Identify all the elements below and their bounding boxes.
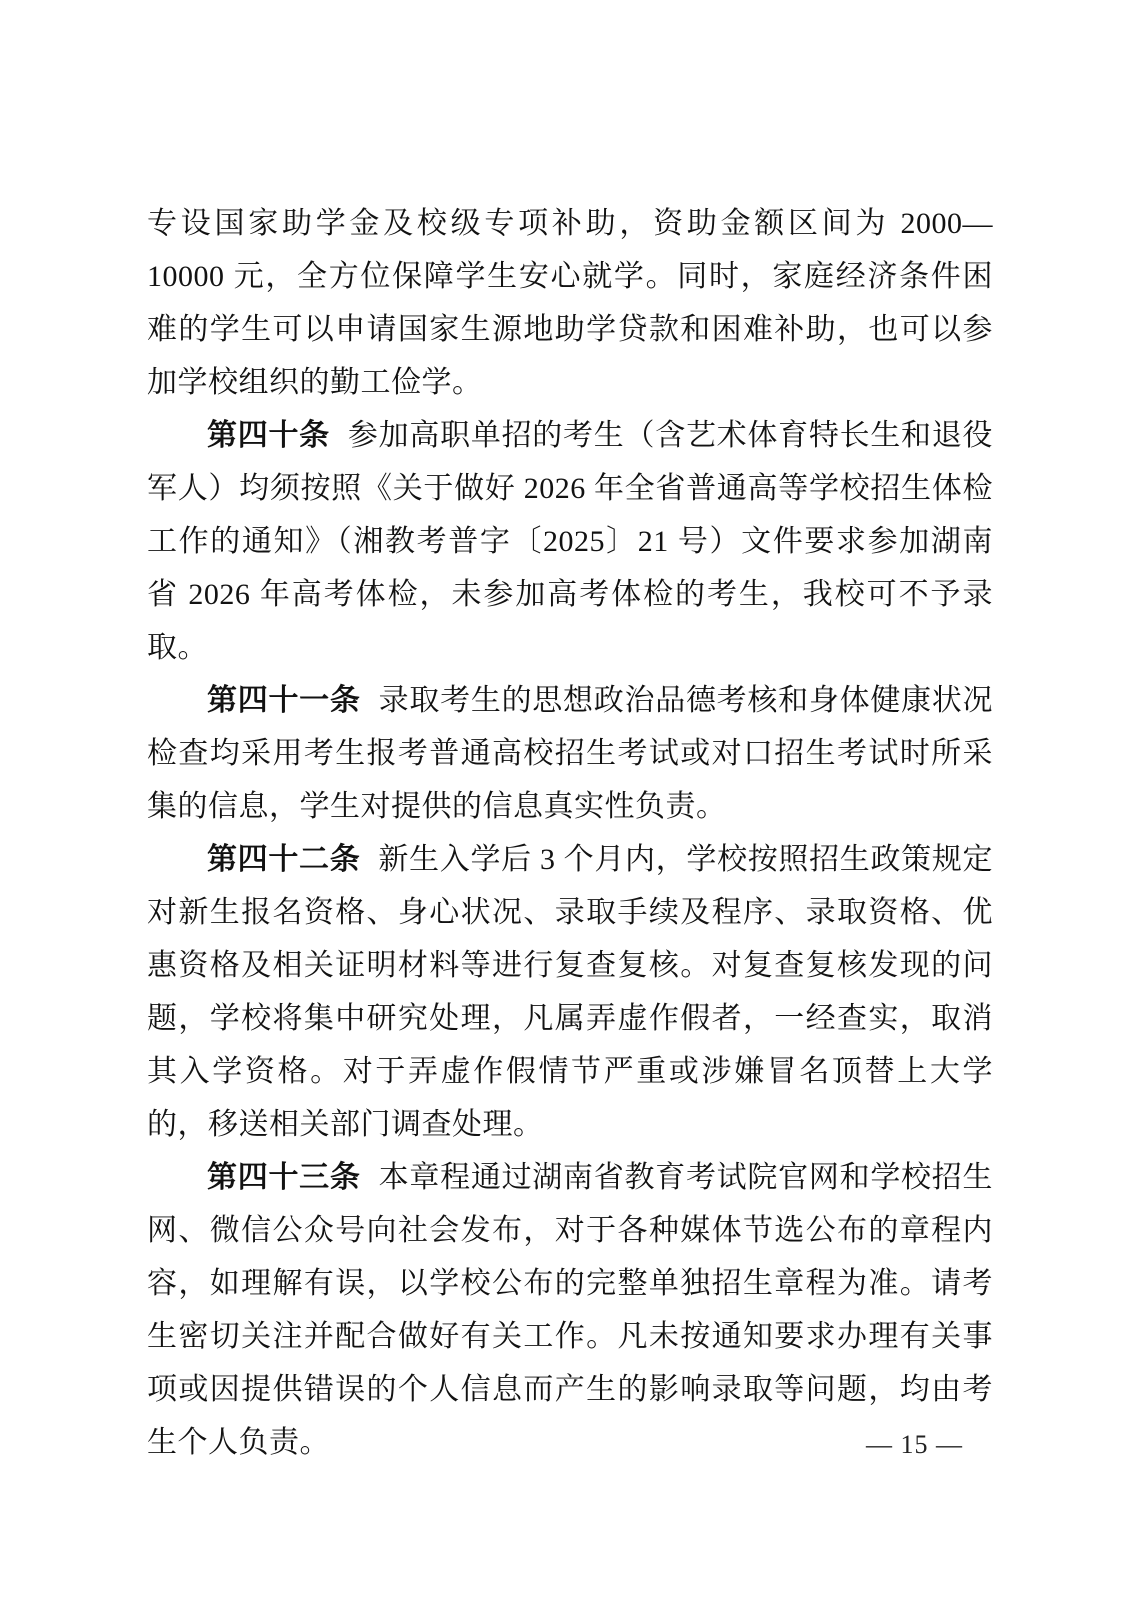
article-number: 第四十三条 — [207, 1161, 361, 1194]
article-number: 第四十条 — [207, 419, 330, 452]
paragraph-article-40: 第四十条参加高职单招的考生（含艺术体育特长生和退役军人）均须按照《关于做好 20… — [147, 409, 993, 674]
document-page: 专设国家助学金及校级专项补助，资助金额区间为 2000—10000 元，全方位保… — [0, 0, 1131, 1600]
paragraph-text: 专设国家助学金及校级专项补助，资助金额区间为 2000—10000 元，全方位保… — [147, 207, 993, 399]
paragraph-continuation: 专设国家助学金及校级专项补助，资助金额区间为 2000—10000 元，全方位保… — [147, 197, 993, 409]
page-number: — 15 — — [866, 1430, 963, 1460]
paragraph-article-41: 第四十一条录取考生的思想政治品德考核和身体健康状况检查均采用考生报考普通高校招生… — [147, 674, 993, 833]
document-body: 专设国家助学金及校级专项补助，资助金额区间为 2000—10000 元，全方位保… — [147, 197, 993, 1469]
paragraph-text: 新生入学后 3 个月内，学校按照招生政策规定对新生报名资格、身心状况、录取手续及… — [147, 843, 993, 1141]
paragraph-text: 参加高职单招的考生（含艺术体育特长生和退役军人）均须按照《关于做好 2026 年… — [147, 419, 993, 664]
paragraph-article-42: 第四十二条新生入学后 3 个月内，学校按照招生政策规定对新生报名资格、身心状况、… — [147, 833, 993, 1151]
paragraph-article-43: 第四十三条本章程通过湖南省教育考试院官网和学校招生网、微信公众号向社会发布，对于… — [147, 1151, 993, 1469]
paragraph-text: 本章程通过湖南省教育考试院官网和学校招生网、微信公众号向社会发布，对于各种媒体节… — [147, 1161, 993, 1459]
article-number: 第四十二条 — [207, 843, 360, 876]
article-number: 第四十一条 — [207, 684, 361, 717]
